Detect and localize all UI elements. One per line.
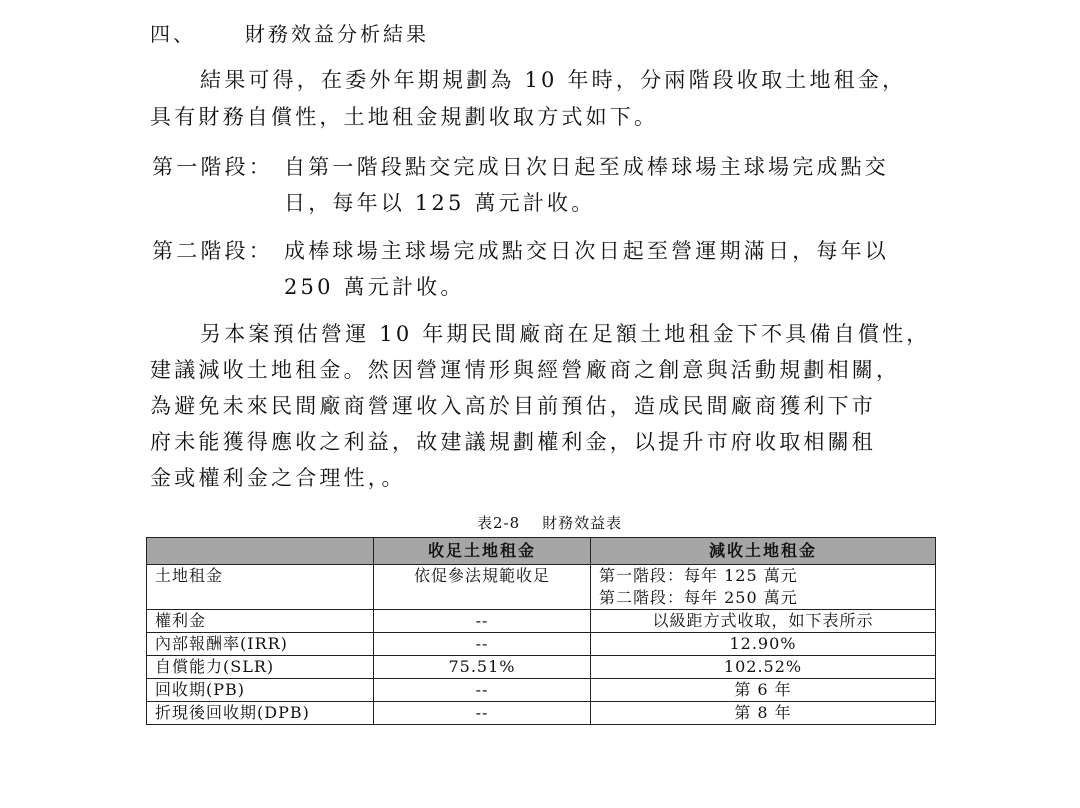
reduced-rent-value: 第 8 年 xyxy=(591,702,936,725)
reduced-rent-value: 第一階段：每年 125 萬元 第二階段：每年 250 萬元 xyxy=(591,565,936,610)
reduced-rent-value: 102.52% xyxy=(591,656,936,679)
financial-benefit-table: 收足土地租金 減收土地租金 土地租金 依促參法規範收足 第一階段：每年 125 … xyxy=(146,537,936,725)
row-label: 自償能力(SLR) xyxy=(147,656,374,679)
header-reduced-rent: 減收土地租金 xyxy=(591,538,936,565)
table-header-row: 收足土地租金 減收土地租金 xyxy=(147,538,936,565)
header-item xyxy=(147,538,374,565)
phase2-text: 250 萬元計收。 xyxy=(284,271,465,301)
table-row: 土地租金 依促參法規範收足 第一階段：每年 125 萬元 第二階段：每年 250… xyxy=(147,565,936,610)
table-caption: 表2-8財務效益表 xyxy=(477,512,622,533)
full-rent-value: -- xyxy=(374,702,591,725)
row-label: 折現後回收期(DPB) xyxy=(147,702,374,725)
paragraph-line: 建議減收土地租金。然因營運情形與經營廠商之創意與活動規劃相關， xyxy=(150,354,900,384)
row-label: 內部報酬率(IRR) xyxy=(147,633,374,656)
table-row: 權利金 -- 以級距方式收取，如下表所示 xyxy=(147,610,936,633)
phase2-text: 成棒球場主球場完成點交日次日起至營運期滿日，每年以 xyxy=(284,235,889,265)
phase1-text: 自第一階段點交完成日次日起至成棒球場主球場完成點交 xyxy=(284,151,889,181)
full-rent-value: -- xyxy=(374,679,591,702)
reduced-rent-value: 第 6 年 xyxy=(591,679,936,702)
full-rent-value: -- xyxy=(374,610,591,633)
table-row: 自償能力(SLR) 75.51% 102.52% xyxy=(147,656,936,679)
full-rent-value: 依促參法規範收足 xyxy=(374,565,591,610)
phase1-label: 第一階段： xyxy=(152,151,273,181)
paragraph-line: 府未能獲得應收之利益，故建議規劃權利金，以提升市府收取相關租 xyxy=(150,426,876,456)
paragraph-line: 另本案預估營運 10 年期民間廠商在足額土地租金下不具備自償性， xyxy=(200,318,930,348)
table-title: 財務效益表 xyxy=(542,514,622,532)
table-row: 折現後回收期(DPB) -- 第 8 年 xyxy=(147,702,936,725)
paragraph-line: 結果可得，在委外年期規劃為 10 年時，分兩階段收取土地租金， xyxy=(200,64,906,94)
paragraph-line: 為避免未來民間廠商營運收入高於目前預估，造成民間廠商獲利下市 xyxy=(150,390,876,420)
paragraph-line: 具有財務自償性，土地租金規劃收取方式如下。 xyxy=(150,101,658,131)
reduced-phase2: 第二階段：每年 250 萬元 xyxy=(599,587,927,609)
table-row: 回收期(PB) -- 第 6 年 xyxy=(147,679,936,702)
paragraph-line: 金或權利金之合理性，。 xyxy=(150,462,406,492)
full-rent-value: 75.51% xyxy=(374,656,591,679)
reduced-rent-value: 以級距方式收取，如下表所示 xyxy=(591,610,936,633)
row-label: 土地租金 xyxy=(147,565,374,610)
reduced-rent-value: 12.90% xyxy=(591,633,936,656)
phase1-text: 日，每年以 125 萬元計收。 xyxy=(284,187,595,217)
row-label: 權利金 xyxy=(147,610,374,633)
header-full-rent: 收足土地租金 xyxy=(374,538,591,565)
section-number: 四、 xyxy=(150,18,196,47)
table-number: 表2-8 xyxy=(477,514,520,532)
section-title: 財務效益分析結果 xyxy=(245,18,429,47)
reduced-phase1: 第一階段：每年 125 萬元 xyxy=(599,565,927,587)
full-rent-value: -- xyxy=(374,633,591,656)
row-label: 回收期(PB) xyxy=(147,679,374,702)
phase2-label: 第二階段： xyxy=(152,235,273,265)
table-row: 內部報酬率(IRR) -- 12.90% xyxy=(147,633,936,656)
